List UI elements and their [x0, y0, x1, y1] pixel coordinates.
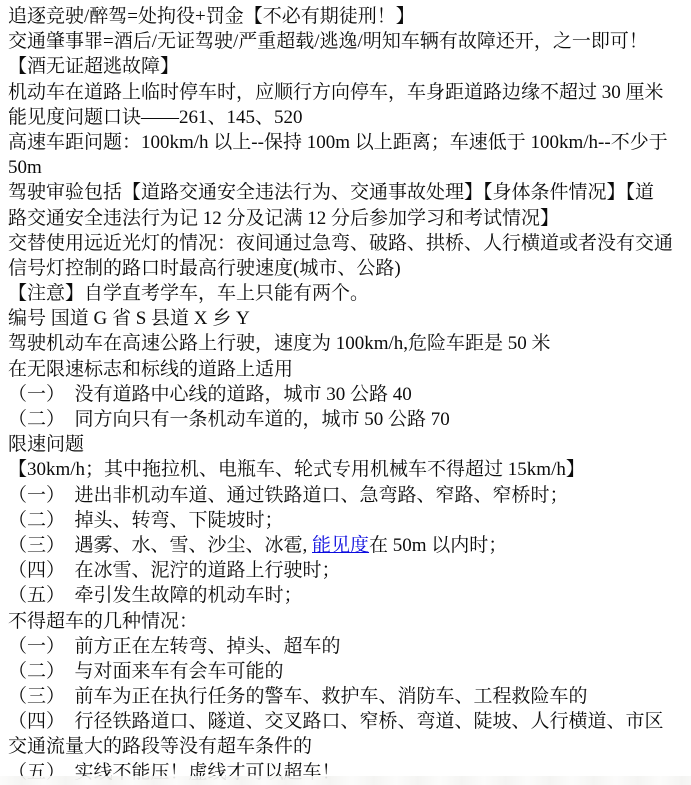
text-span: （一） 前方正在左转弯、掉头、超车的 — [8, 636, 341, 657]
text-span: 在 50m 以内时； — [369, 535, 507, 556]
text-line: （二） 与对面来车有会车可能的 — [8, 659, 687, 684]
text-span: 能见度问题口诀——261、145、520 — [8, 107, 303, 128]
text-span: （二） 同方向只有一条机动车道的，城市 50 公路 70 — [8, 409, 450, 430]
text-line: （四） 行径铁路道口、隧道、交叉路口、窄桥、弯道、陡坡、人行横道、市区 — [8, 709, 687, 734]
text-line: （四） 在冰雪、泥泞的道路上行驶时； — [8, 558, 687, 583]
text-span: 交替使用远近光灯的情况：夜间通过急弯、破路、拱桥、人行横道或者没有交通 — [8, 233, 673, 254]
text-span: （四） 行径铁路道口、隧道、交叉路口、窄桥、弯道、陡坡、人行横道、市区 — [8, 711, 664, 732]
text-line: （一） 进出非机动车道、通过铁路道口、急弯路、窄路、窄桥时； — [8, 483, 687, 508]
text-span: （三） 遇雾、水、雪、沙尘、冰雹, — [8, 535, 312, 556]
text-span: 不得超车的几种情况： — [8, 611, 198, 632]
text-span: 追逐竞驶/醉驾=处拘役+罚金【不必有期徒刑！】 — [8, 6, 415, 27]
text-span: 【注意】自学直考学车，车上只能有两个。 — [8, 283, 369, 304]
text-line: （二） 同方向只有一条机动车道的，城市 50 公路 70 — [8, 407, 687, 432]
text-span: 在无限速标志和标线的道路上适用 — [8, 359, 293, 380]
text-span: 【酒无证超逃故障】 — [8, 56, 179, 77]
document: 追逐竞驶/醉驾=处拘役+罚金【不必有期徒刑！】交通肇事罪=酒后/无证驾驶/严重超… — [0, 0, 691, 785]
text-line: （三） 遇雾、水、雪、沙尘、冰雹, 能见度在 50m 以内时； — [8, 533, 687, 558]
text-span: 驾驶审验包括【道路交通安全违法行为、交通事故处理】【身体条件情况】【道 — [8, 182, 654, 203]
text-span: 50m — [8, 157, 42, 178]
text-span: 机动车在道路上临时停车时，应顺行方向停车，车身距道路边缘不超过 30 厘米 — [8, 82, 664, 103]
text-line: 信号灯控制的路口时最高行驶速度(城市、公路) — [8, 256, 687, 281]
text-line: （三） 前车为正在执行任务的警车、救护车、消防车、工程救险车的 — [8, 684, 687, 709]
text-span: （二） 与对面来车有会车可能的 — [8, 661, 284, 682]
text-span: 限速问题 — [8, 434, 84, 455]
text-line: 50m — [8, 155, 687, 180]
text-line: 交替使用远近光灯的情况：夜间通过急弯、破路、拱桥、人行横道或者没有交通 — [8, 231, 687, 256]
text-line: 不得超车的几种情况： — [8, 609, 687, 634]
text-span: 编号 国道 G 省 S 县道 X 乡 Y — [8, 308, 250, 329]
text-span: （一） 没有道路中心线的道路，城市 30 公路 40 — [8, 384, 412, 405]
text-span: （二） 掉头、转弯、下陡坡时； — [8, 510, 284, 531]
text-line: 【注意】自学直考学车，车上只能有两个。 — [8, 281, 687, 306]
bottom-edge-artifact — [0, 776, 691, 785]
text-line: 【30km/h；其中拖拉机、电瓶车、轮式专用机械车不得超过 15km/h】 — [8, 457, 687, 482]
text-line: 限速问题 — [8, 432, 687, 457]
text-span: 信号灯控制的路口时最高行驶速度(城市、公路) — [8, 258, 401, 279]
text-span: 交通流量大的路段等没有超车条件的 — [8, 736, 312, 757]
text-line: 交通肇事罪=酒后/无证驾驶/严重超载/逃逸/明知车辆有故障还开，之一即可！ — [8, 29, 687, 54]
text-line: 编号 国道 G 省 S 县道 X 乡 Y — [8, 306, 687, 331]
text-line: （一） 前方正在左转弯、掉头、超车的 — [8, 634, 687, 659]
text-span: 驾驶机动车在高速公路上行驶，速度为 100km/h,危险车距是 50 米 — [8, 333, 551, 354]
text-line: 驾驶审验包括【道路交通安全违法行为、交通事故处理】【身体条件情况】【道 — [8, 180, 687, 205]
text-span: （五） 牵引发生故障的机动车时； — [8, 585, 303, 606]
text-line: 能见度问题口诀——261、145、520 — [8, 105, 687, 130]
text-span: （三） 前车为正在执行任务的警车、救护车、消防车、工程救险车的 — [8, 686, 588, 707]
text-line: （一） 没有道路中心线的道路，城市 30 公路 40 — [8, 382, 687, 407]
text-line: 在无限速标志和标线的道路上适用 — [8, 357, 687, 382]
text-span: 高速车距问题：100km/h 以上--保持 100m 以上距离；车速低于 100… — [8, 132, 668, 153]
text-line: 高速车距问题：100km/h 以上--保持 100m 以上距离；车速低于 100… — [8, 130, 687, 155]
text-line: （二） 掉头、转弯、下陡坡时； — [8, 508, 687, 533]
text-span: 【30km/h；其中拖拉机、电瓶车、轮式专用机械车不得超过 15km/h】 — [8, 459, 585, 480]
text-line: 路交通安全违法行为记 12 分及记满 12 分后参加学习和考试情况】 — [8, 206, 687, 231]
text-span: 路交通安全违法行为记 12 分及记满 12 分后参加学习和考试情况】 — [8, 208, 559, 229]
text-line: 驾驶机动车在高速公路上行驶，速度为 100km/h,危险车距是 50 米 — [8, 331, 687, 356]
text-span: （四） 在冰雪、泥泞的道路上行驶时； — [8, 560, 341, 581]
text-line: 机动车在道路上临时停车时，应顺行方向停车，车身距道路边缘不超过 30 厘米 — [8, 80, 687, 105]
text-line: （五） 牵引发生故障的机动车时； — [8, 583, 687, 608]
visibility-link[interactable]: 能见度 — [312, 535, 369, 556]
text-span: （一） 进出非机动车道、通过铁路道口、急弯路、窄路、窄桥时； — [8, 485, 569, 506]
text-line: 追逐竞驶/醉驾=处拘役+罚金【不必有期徒刑！】 — [8, 4, 687, 29]
text-line: 交通流量大的路段等没有超车条件的 — [8, 734, 687, 759]
text-span: 交通肇事罪=酒后/无证驾驶/严重超载/逃逸/明知车辆有故障还开，之一即可！ — [8, 31, 648, 52]
text-line: 【酒无证超逃故障】 — [8, 54, 687, 79]
